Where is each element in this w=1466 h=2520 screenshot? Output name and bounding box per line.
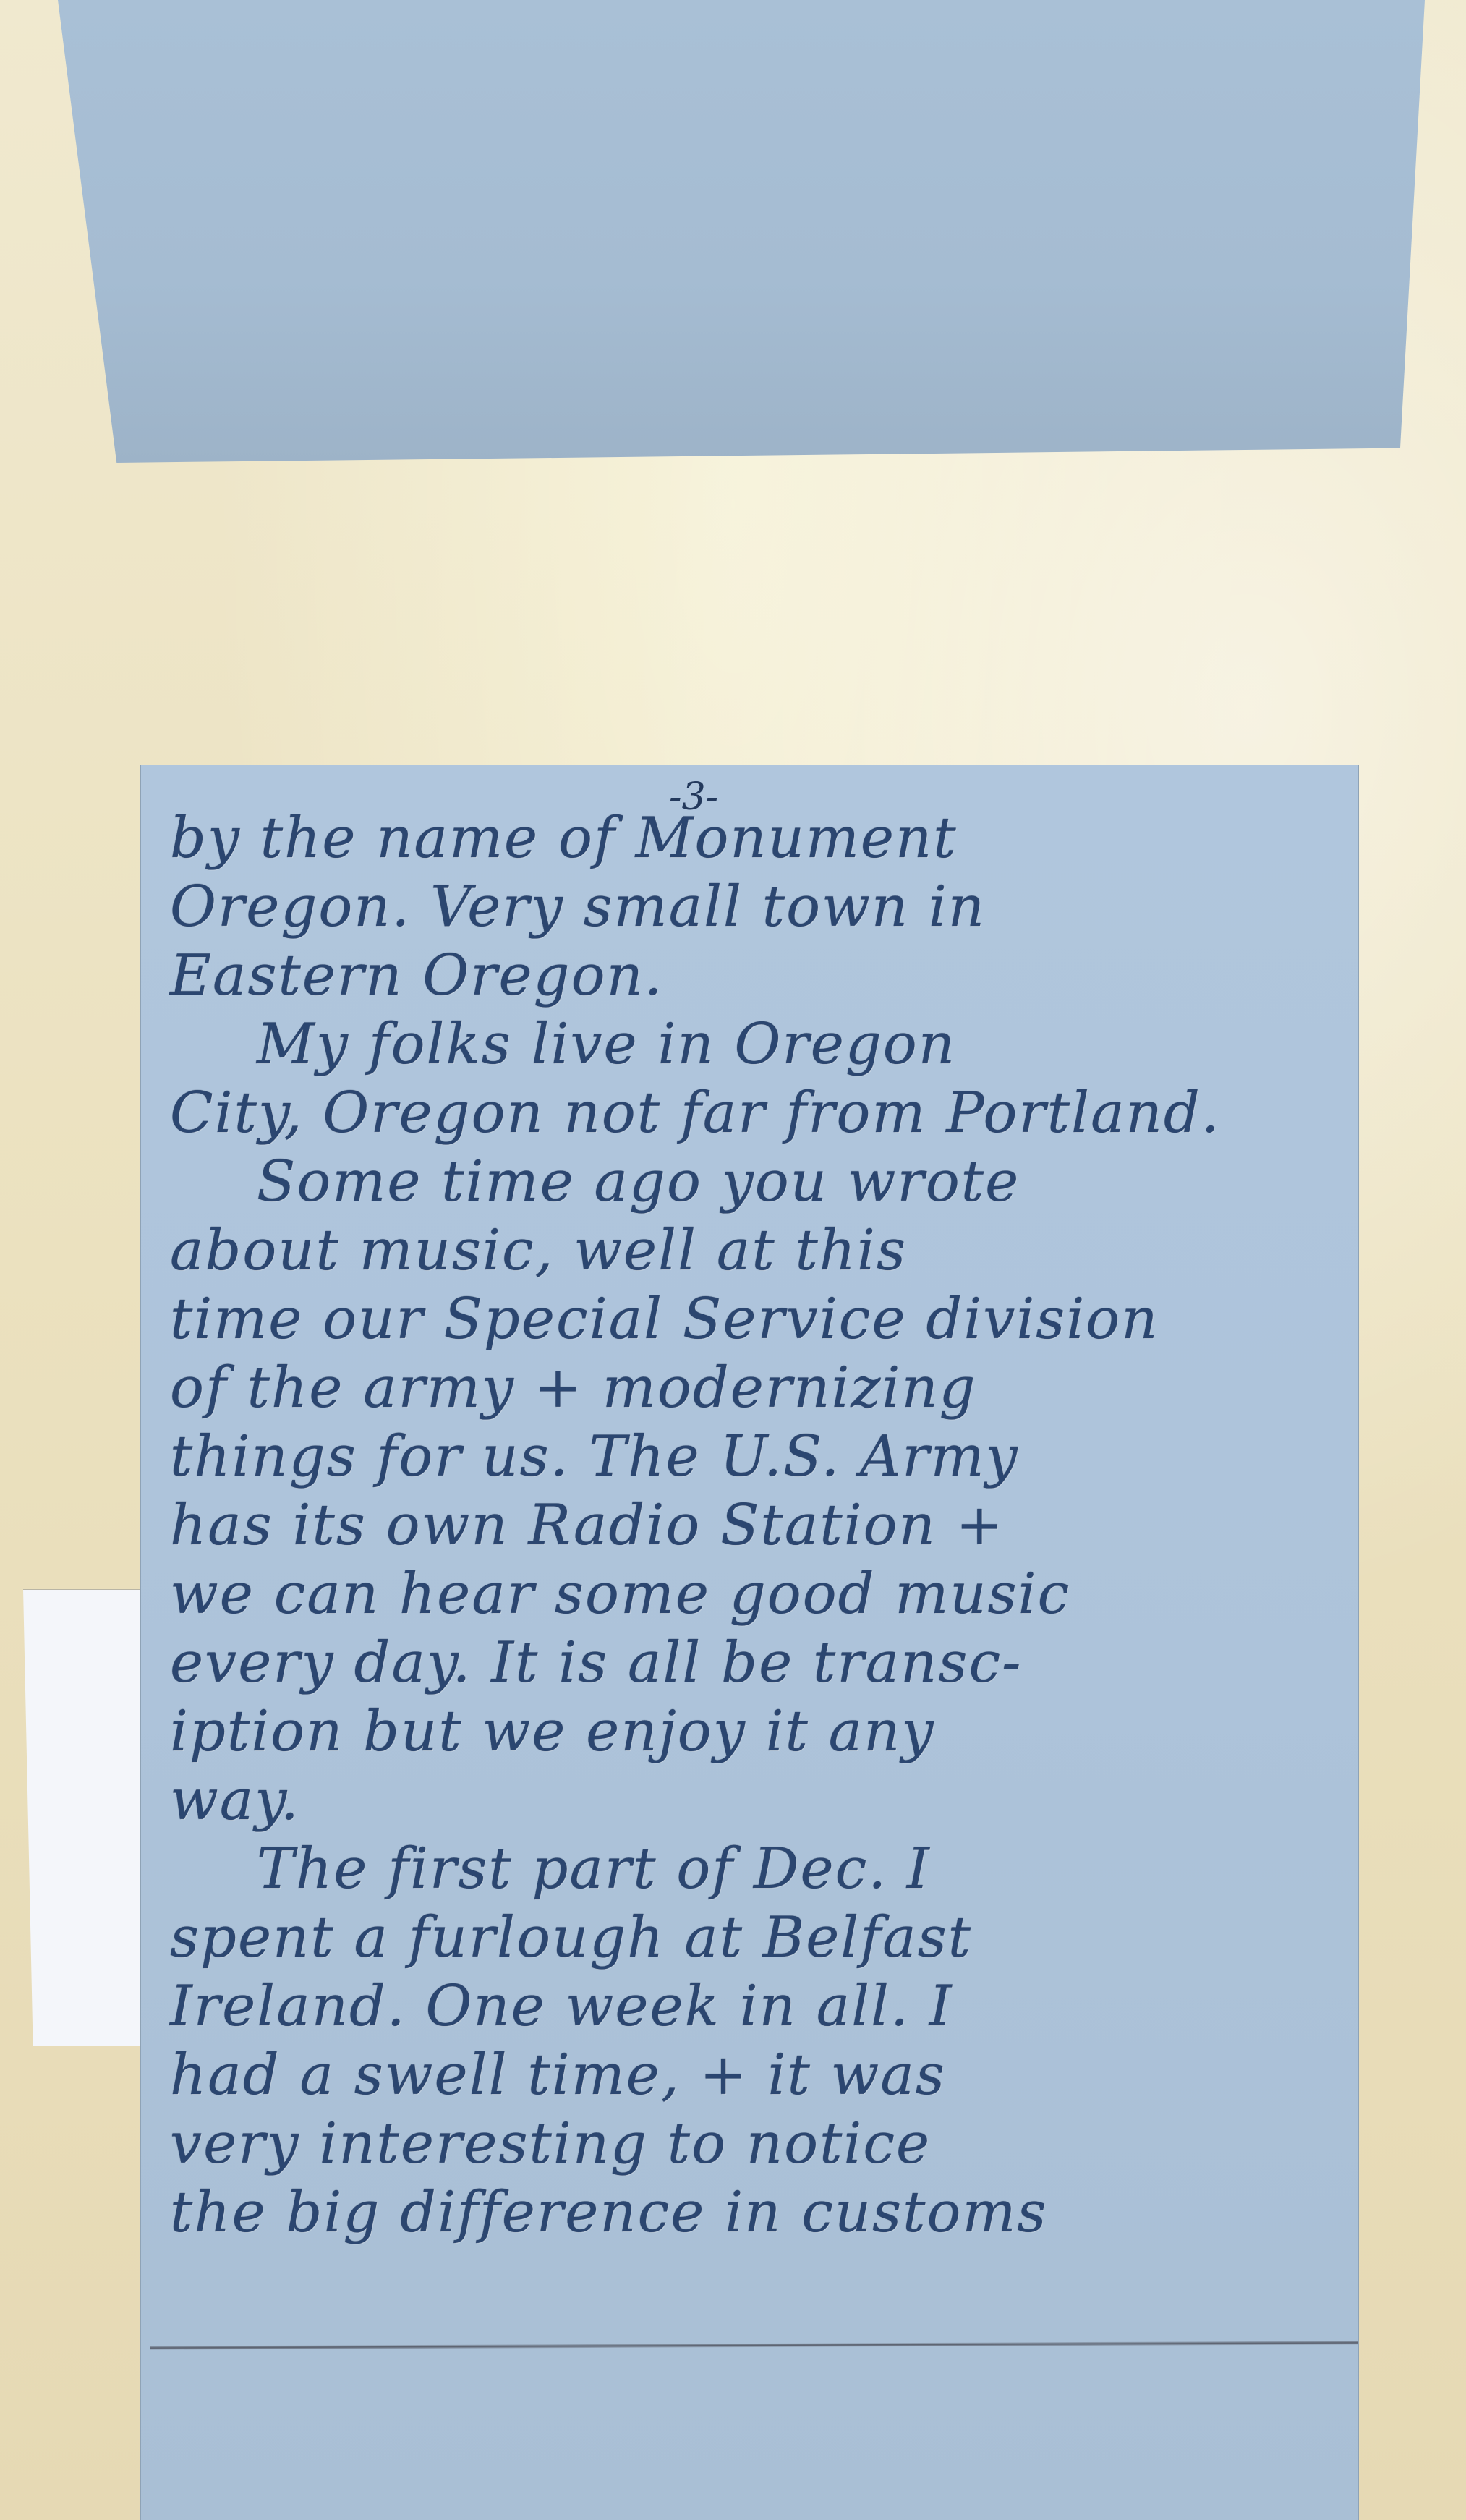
letter-line: Ireland. One week in all. I xyxy=(170,1972,1342,2041)
letter-line: we can hear some good music xyxy=(170,1560,1342,1629)
envelope-edge xyxy=(23,1589,146,2046)
letter-page: -3- by the name of Monument Oregon. Very… xyxy=(141,765,1358,2520)
letter-line: things for us. The U.S. Army xyxy=(170,1423,1342,1491)
previous-page-sheet xyxy=(58,0,1425,463)
letter-line: every day. It is all be transc- xyxy=(170,1629,1342,1698)
letter-line: about music, well at this xyxy=(170,1217,1342,1285)
letter-line: Eastern Oregon. xyxy=(170,942,1342,1010)
letter-line: the big difference in customs xyxy=(170,2179,1342,2247)
letter-line: time our Special Service division xyxy=(170,1285,1342,1354)
letter-body: by the name of Monument Oregon. Very sma… xyxy=(170,804,1342,2247)
paper-fold-line xyxy=(150,2341,1358,2349)
letter-line: by the name of Monument xyxy=(170,804,1342,873)
letter-line: Some time ago you wrote xyxy=(170,1148,1342,1217)
letter-line: iption but we enjoy it any xyxy=(170,1698,1342,1766)
letter-line: has its own Radio Station + xyxy=(170,1491,1342,1560)
letter-line: City, Oregon not far from Portland. xyxy=(170,1079,1342,1148)
letter-line: way. xyxy=(170,1766,1342,1835)
letter-line: had a swell time, + it was xyxy=(170,2041,1342,2110)
letter-line: of the army + modernizing xyxy=(170,1354,1342,1423)
letter-line: very interesting to notice xyxy=(170,2110,1342,2179)
letter-line: My folks live in Oregon xyxy=(170,1010,1342,1079)
letter-line: Oregon. Very small town in xyxy=(170,873,1342,942)
letter-line: spent a furlough at Belfast xyxy=(170,1904,1342,1972)
letter-line: The first part of Dec. I xyxy=(170,1835,1342,1904)
